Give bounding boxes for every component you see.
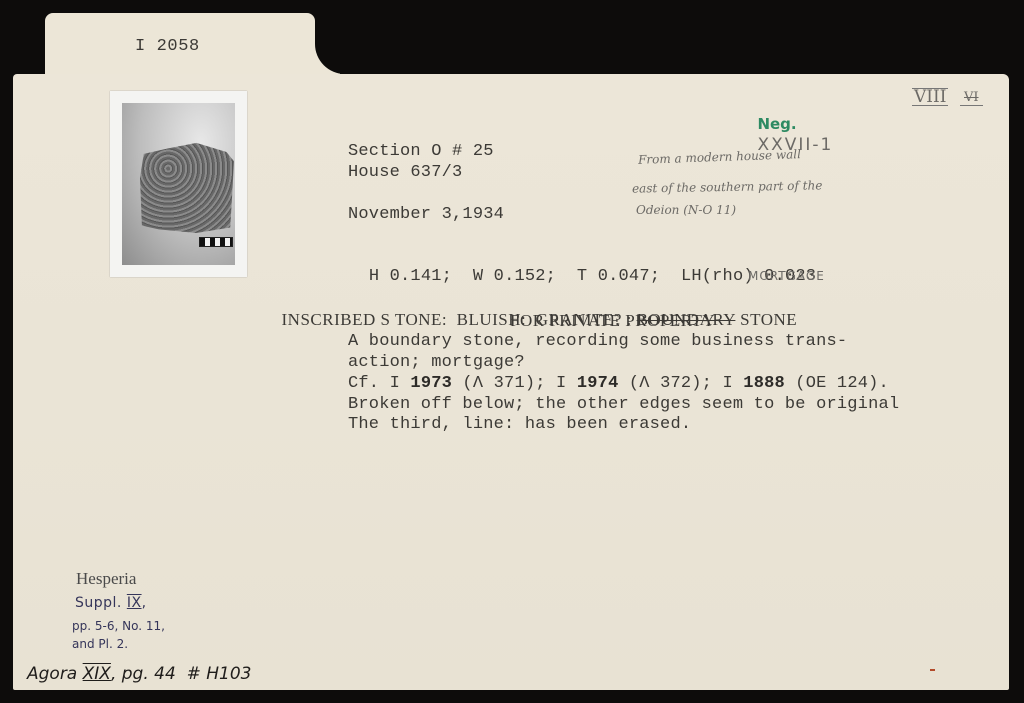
reference-3-paren: (OE 124). <box>785 374 889 393</box>
heading-part-1: INSCRIBED S TONE: <box>282 310 448 329</box>
reference-1-number: 1973 <box>410 374 452 393</box>
width-value: 0.152; <box>494 267 556 286</box>
agora-suffix: , pg. 44 # H103 <box>111 664 252 684</box>
reference-3-number: 1888 <box>743 374 785 393</box>
neg-stamp: Neg. <box>757 115 796 133</box>
agora-prefix: Agora <box>27 664 83 684</box>
reference-2-paren: (Λ 372); I <box>618 374 743 393</box>
heading-part-4: STONE <box>740 310 797 329</box>
supplement-suffix: , <box>142 595 147 611</box>
box-numeral: VIII <box>912 88 948 106</box>
cf-prefix: Cf. I <box>348 374 410 393</box>
supplement-number: IX <box>127 595 142 611</box>
house-line: House 637/3 <box>348 163 462 182</box>
catalog-number: I 2058 <box>135 37 200 56</box>
reference-2-number: 1974 <box>577 374 619 393</box>
section-line: Section O # 25 <box>348 142 494 161</box>
pages-note: pp. 5-6, No. 11, <box>72 619 165 633</box>
width-label: W <box>473 267 483 286</box>
agora-reference: Agora XIX, pg. 44 # H103 <box>27 664 251 684</box>
thickness-label: T <box>577 267 587 286</box>
struck-numeral: VI <box>960 91 983 106</box>
description-line-3: Cf. I 1973 (Λ 371); I 1974 (Λ 372); I 18… <box>348 374 889 393</box>
height-value: 0.141; <box>390 267 452 286</box>
object-photo[interactable] <box>110 91 247 277</box>
description-line-5: The third, line: has been erased. <box>348 415 691 434</box>
supplement-prefix: Suppl. <box>75 595 127 611</box>
supplement-note: Suppl. IX, <box>75 595 147 611</box>
thickness-value: 0.047; <box>598 267 660 286</box>
stone-fragment-image <box>140 141 234 233</box>
hesperia-stamp: Hesperia <box>76 569 136 589</box>
plate-note: and Pl. 2. <box>72 637 128 651</box>
pencil-correction: MORTGAGE <box>748 269 825 283</box>
excavation-date: November 3,1934 <box>348 205 504 224</box>
dimensions-line: H 0.141; W 0.152; T 0.047; LH(rho) 0.023 <box>348 248 816 286</box>
description-line-4: Broken off below; the other edges seem t… <box>348 395 899 414</box>
description-line-1: A boundary stone, recording some busines… <box>348 332 847 351</box>
negative-number: Neg. XXVII-1 <box>746 92 833 155</box>
reference-1-paren: (Λ 371); I <box>452 374 577 393</box>
description-line-2: action; mortgage? <box>348 353 525 372</box>
heading-line-2: FOR PRIVATE PROPERTY <box>510 311 715 331</box>
agora-volume: XIX <box>83 664 111 684</box>
scale-bar-icon <box>199 237 233 247</box>
photo-background <box>122 103 235 265</box>
red-mark <box>930 669 935 671</box>
letter-height-label: LH(rho) <box>681 267 754 286</box>
findspot-note-line-3: Odeion (N-O 11) <box>636 203 736 217</box>
height-label: H <box>369 267 379 286</box>
